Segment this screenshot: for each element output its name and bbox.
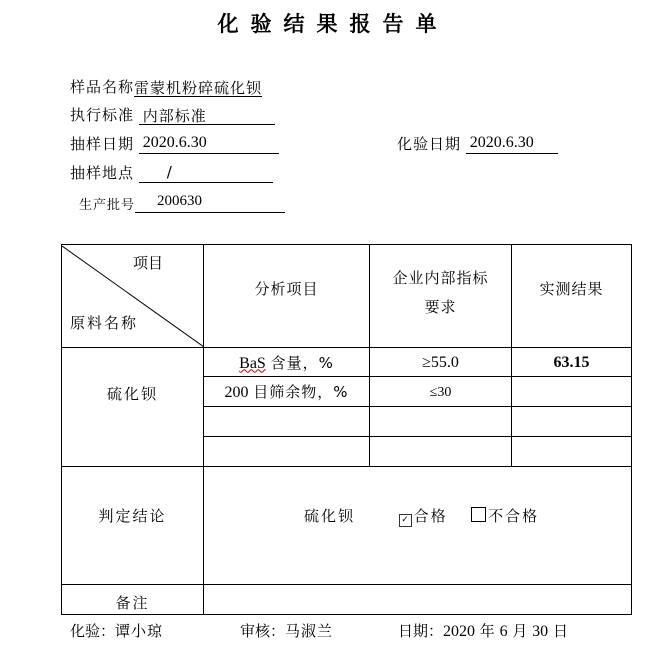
- reviewer-name: 马淑兰: [285, 622, 333, 640]
- field-sampling-date: 抽样日期 2020.6.30: [70, 133, 279, 154]
- sampling-date-label: 抽样日期: [70, 135, 134, 153]
- standard-label: 执行标准: [70, 106, 134, 124]
- item-cell: [204, 407, 370, 437]
- spec-cell: [370, 437, 512, 467]
- sampling-place-label: 抽样地点: [70, 164, 134, 182]
- fail-checkbox-icon[interactable]: [471, 507, 486, 522]
- test-date-label: 化验日期: [397, 135, 461, 153]
- header-analysis-item: 分析项目: [204, 245, 370, 348]
- spec-cell: ≤30: [370, 377, 512, 407]
- field-sampling-place: 抽样地点 /: [70, 162, 273, 183]
- conclusion-row: 判定结论 硫化钡 ✓合格 不合格: [62, 467, 632, 585]
- header-spec-line1: 企业内部指标: [370, 267, 511, 288]
- batch-no-value: 200630: [135, 193, 285, 213]
- sampling-date-value: 2020.6.30: [139, 134, 279, 154]
- tester-name: 谭小琼: [115, 622, 163, 640]
- header-result: 实测结果: [512, 245, 632, 348]
- diagonal-header-cell: 项目 原料名称: [62, 245, 204, 348]
- remarks-row: 备注: [62, 585, 632, 615]
- pass-checkbox-icon[interactable]: ✓: [399, 514, 412, 527]
- reviewer-label: 审核：: [240, 622, 285, 640]
- result-cell: [512, 407, 632, 437]
- item-cell: [204, 437, 370, 467]
- footer-reviewer: 审核：马淑兰: [240, 620, 333, 641]
- sample-name-value: 雷蒙机粉碎硫化钡: [134, 77, 262, 97]
- tester-label: 化验：: [70, 622, 115, 640]
- pass-label: 合格: [414, 507, 448, 525]
- test-date-value: 2020.6.30: [466, 134, 558, 154]
- remarks-label-cell: 备注: [62, 585, 204, 615]
- standard-value: 内部标准: [139, 105, 275, 125]
- conclusion-label-cell: 判定结论: [62, 467, 204, 585]
- material-cell: 硫化钡: [62, 348, 204, 467]
- table-header-row: 项目 原料名称 分析项目 企业内部指标 要求 实测结果: [62, 245, 632, 348]
- table-row: 硫化钡 BaS 含量，% ≥55.0 63.15: [62, 348, 632, 377]
- footer-tester: 化验：谭小琼: [70, 620, 163, 641]
- report-title: 化验结果报告单: [0, 8, 666, 38]
- item-cell: BaS 含量，%: [204, 348, 370, 377]
- header-spec-line2: 要求: [370, 296, 511, 317]
- conclusion-value-cell: 硫化钡 ✓合格 不合格: [204, 467, 632, 585]
- footer-date: 日期：2020 年 6 月 30 日: [398, 620, 568, 641]
- header-spec: 企业内部指标 要求: [370, 245, 512, 348]
- fail-label: 不合格: [488, 507, 539, 525]
- item-cell: 200 目筛余物，%: [204, 377, 370, 407]
- field-sample-name: 样品名称雷蒙机粉碎硫化钡: [70, 76, 262, 97]
- sampling-place-value: /: [139, 163, 273, 183]
- conclusion-material: 硫化钡: [304, 507, 355, 525]
- result-cell: [512, 377, 632, 407]
- diag-top-label: 项目: [133, 252, 163, 273]
- results-table: 项目 原料名称 分析项目 企业内部指标 要求 实测结果 硫化钡 BaS 含量，%…: [61, 244, 632, 615]
- field-standard: 执行标准 内部标准: [70, 104, 275, 125]
- result-cell: [512, 437, 632, 467]
- date-label: 日期：: [398, 622, 443, 640]
- result-cell: 63.15: [512, 348, 632, 377]
- spec-cell: ≥55.0: [370, 348, 512, 377]
- field-batch-no: 生产批号200630: [79, 193, 285, 213]
- diag-bottom-label: 原料名称: [70, 312, 138, 333]
- sample-name-label: 样品名称: [70, 78, 134, 96]
- batch-no-label: 生产批号: [79, 198, 135, 213]
- remarks-value-cell: [204, 585, 632, 615]
- spec-cell: [370, 407, 512, 437]
- field-test-date: 化验日期 2020.6.30: [397, 133, 558, 154]
